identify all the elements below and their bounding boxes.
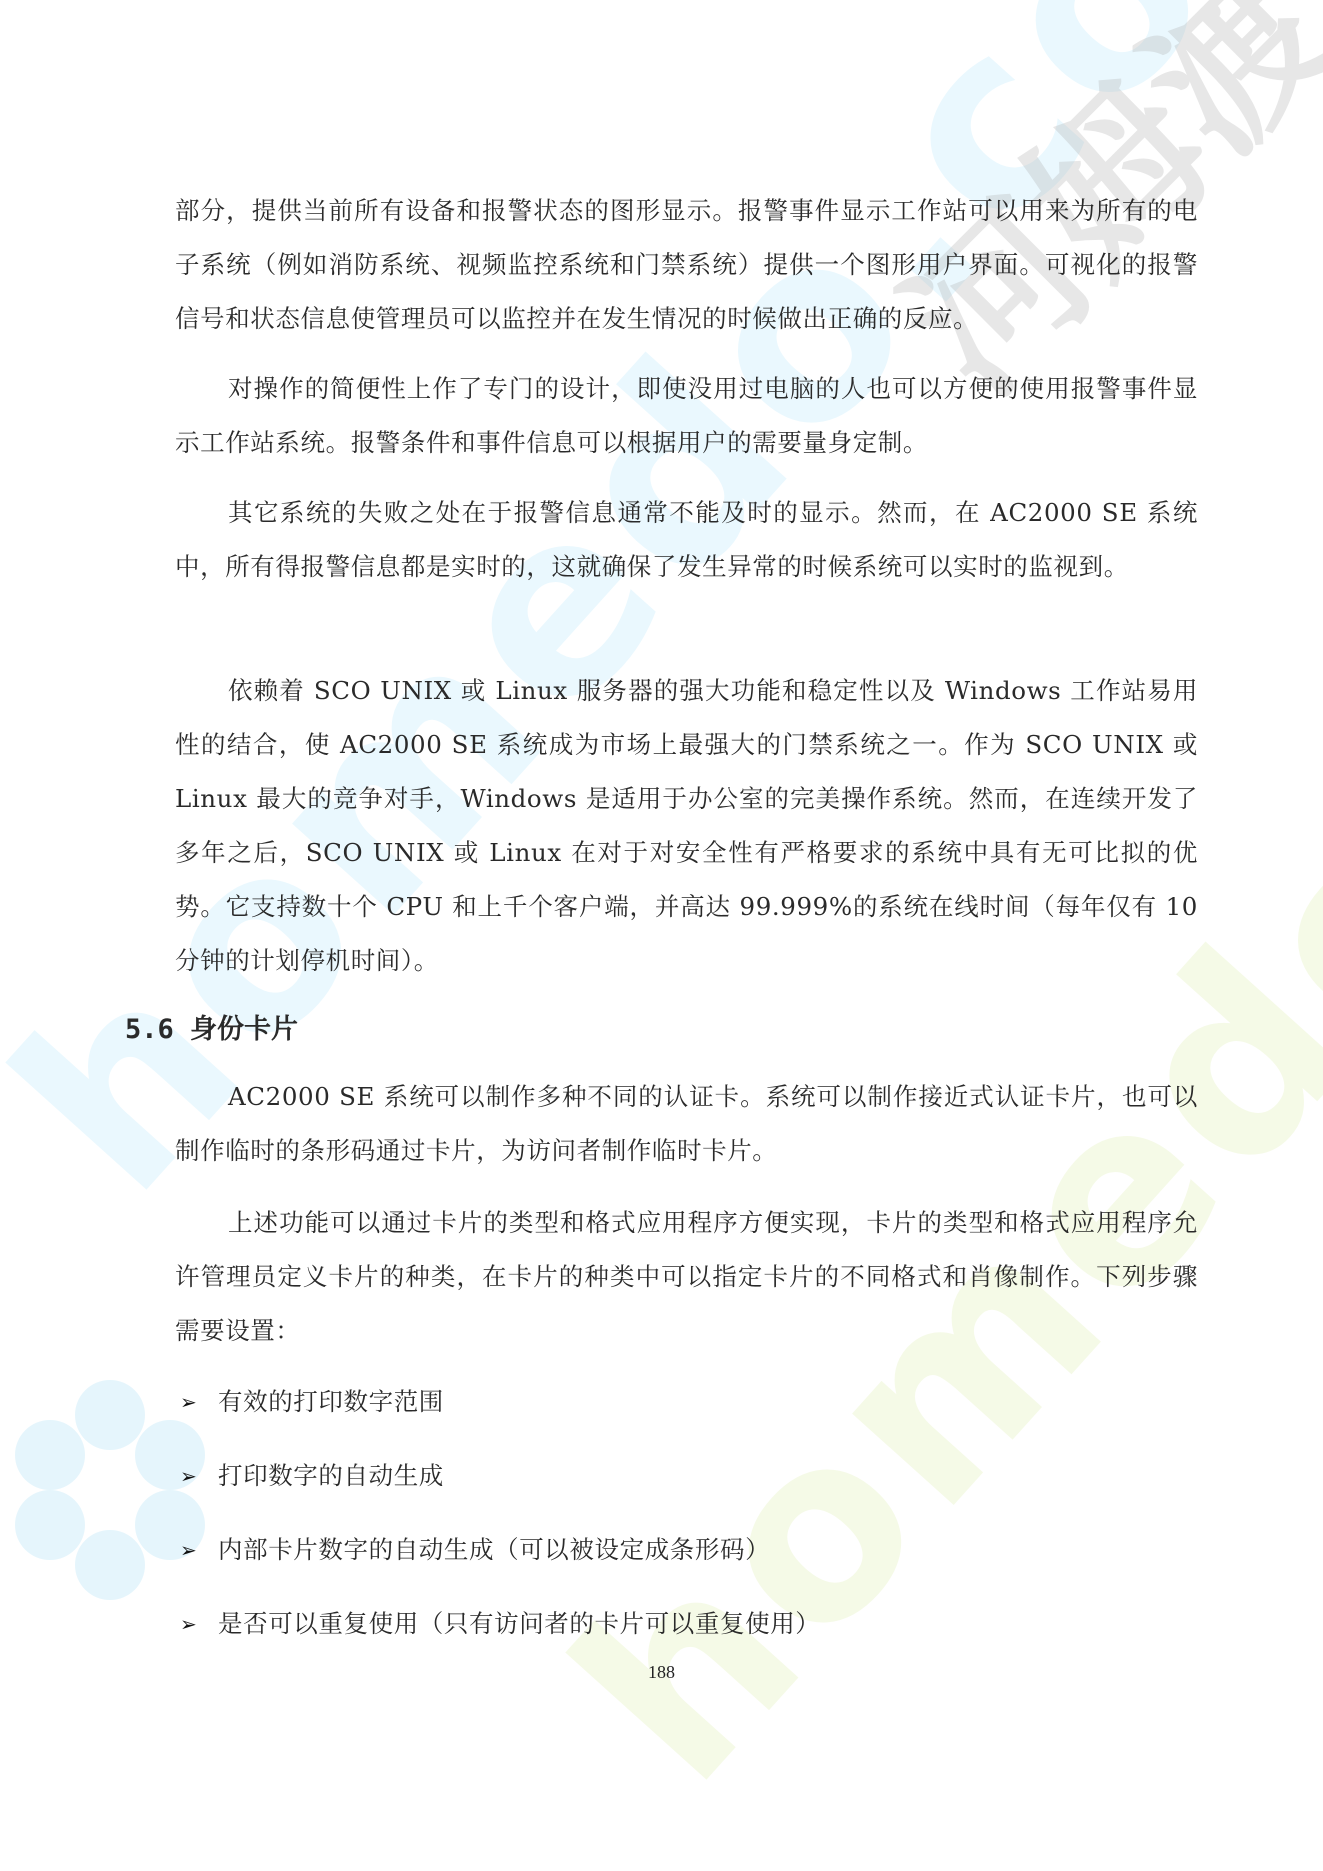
section-heading: 5.6 身份卡片	[125, 1003, 298, 1057]
list-item: ➢ 是否可以重复使用（只有访问者的卡片可以重复使用）	[180, 1604, 820, 1644]
paragraph-server-platform: 依赖着 SCO UNIX 或 Linux 服务器的强大功能和稳定性以及 Wind…	[175, 664, 1198, 988]
arrow-bullet-icon: ➢	[180, 1604, 218, 1644]
list-item-text: 打印数字的自动生成	[218, 1456, 444, 1496]
page-number: 188	[0, 1662, 1323, 1683]
list-item-text: 有效的打印数字范围	[218, 1382, 444, 1422]
list-item: ➢ 内部卡片数字的自动生成（可以被设定成条形码）	[180, 1530, 770, 1570]
list-item-text: 是否可以重复使用（只有访问者的卡片可以重复使用）	[218, 1604, 820, 1644]
arrow-bullet-icon: ➢	[180, 1456, 218, 1496]
list-item: ➢ 有效的打印数字范围	[180, 1382, 444, 1422]
list-item: ➢ 打印数字的自动生成	[180, 1456, 444, 1496]
paragraph-ease-of-use: 对操作的简便性上作了专门的设计，即使没用过电脑的人也可以方便的使用报警事件显示工…	[175, 362, 1198, 470]
arrow-bullet-icon: ➢	[180, 1382, 218, 1422]
paragraph-realtime-alarms: 其它系统的失败之处在于报警信息通常不能及时的显示。然而，在 AC2000 SE …	[175, 486, 1198, 594]
paragraph-alarm-display: 部分，提供当前所有设备和报警状态的图形显示。报警事件显示工作站可以用来为所有的电…	[175, 184, 1198, 346]
document-page: 部分，提供当前所有设备和报警状态的图形显示。报警事件显示工作站可以用来为所有的电…	[0, 0, 1323, 1871]
list-item-text: 内部卡片数字的自动生成（可以被设定成条形码）	[218, 1530, 770, 1570]
paragraph-card-format-app: 上述功能可以通过卡片的类型和格式应用程序方便实现，卡片的类型和格式应用程序允许管…	[175, 1196, 1198, 1358]
paragraph-id-cards: AC2000 SE 系统可以制作多种不同的认证卡。系统可以制作接近式认证卡片，也…	[175, 1070, 1198, 1178]
arrow-bullet-icon: ➢	[180, 1530, 218, 1570]
